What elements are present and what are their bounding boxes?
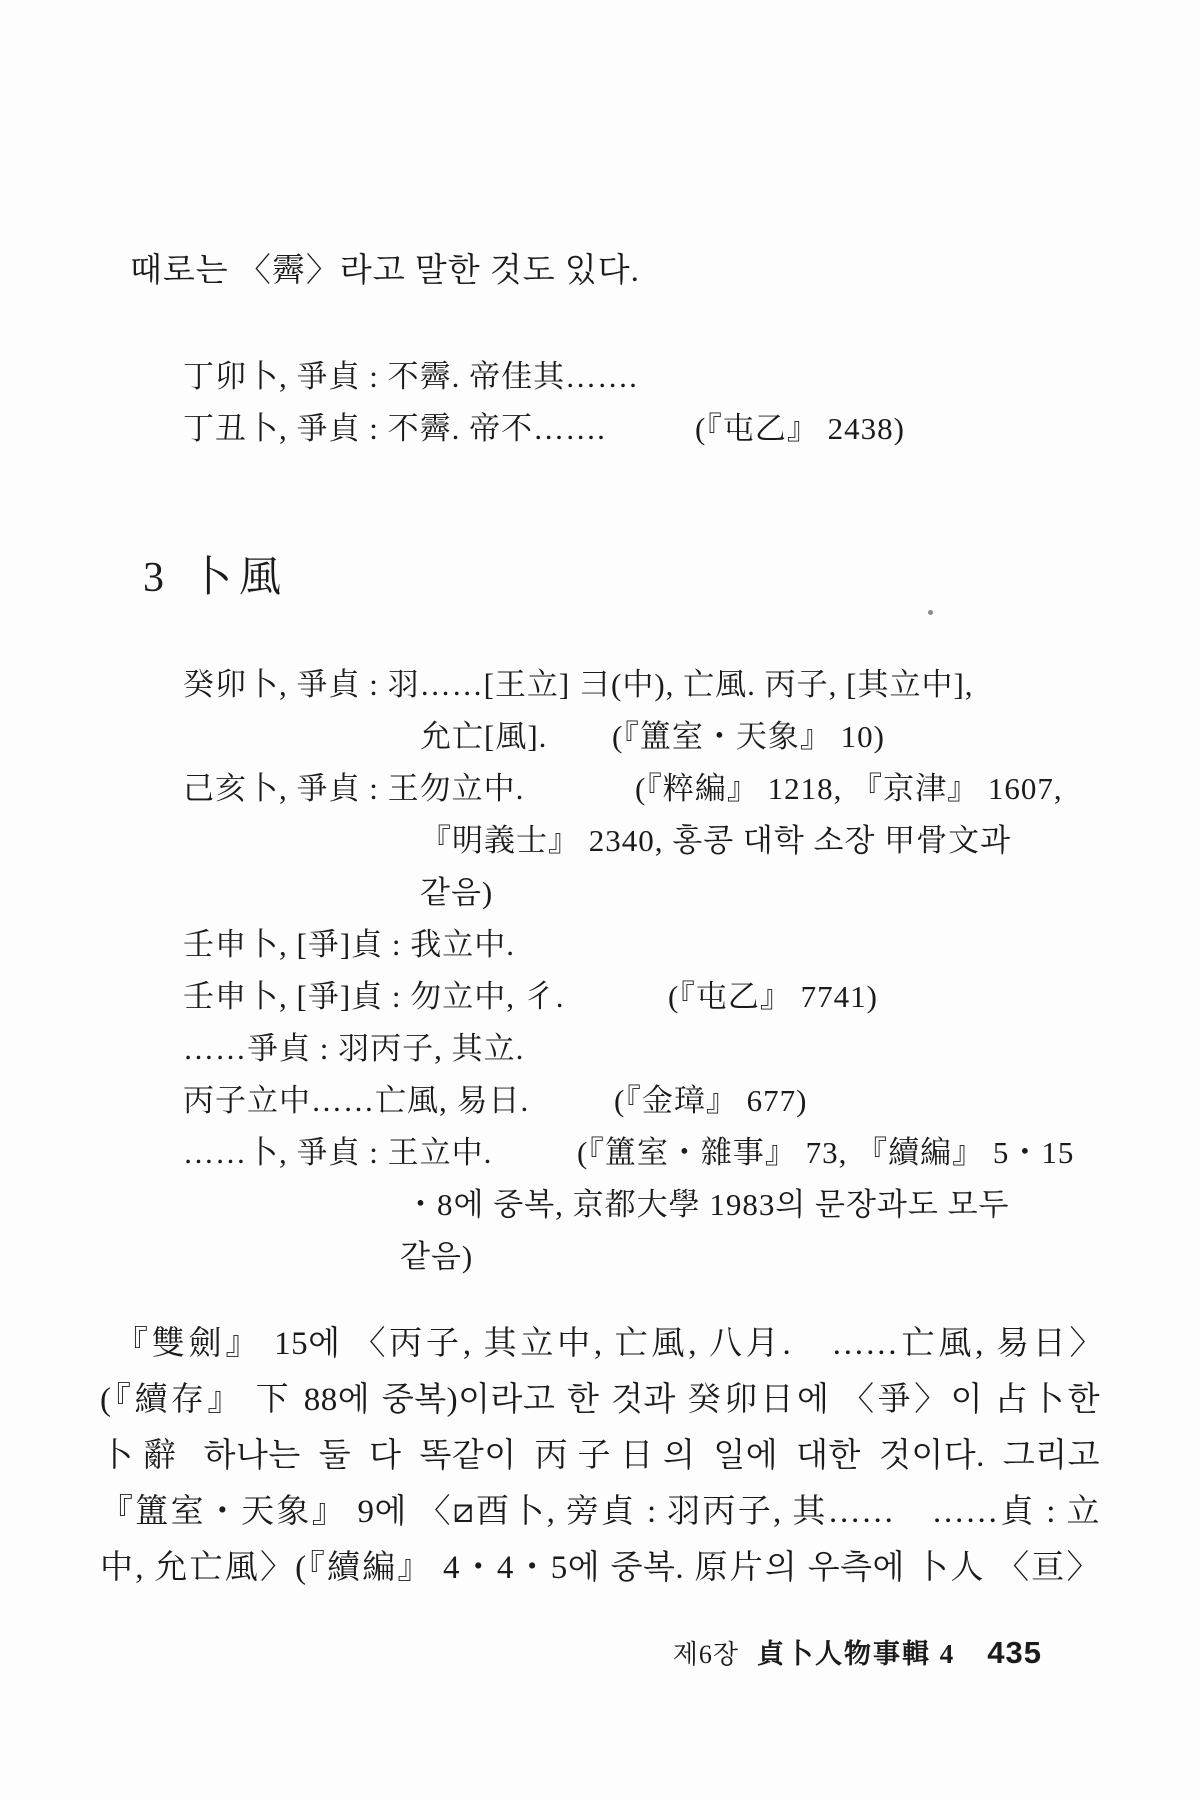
quote2-line6: 壬申卜, [爭]貞 : 我立中. (183, 924, 515, 966)
footer-book-title: 貞卜人物事輯 4 (757, 1632, 955, 1671)
quote2-line8: ……爭貞 : 羽丙子, 其立. (183, 1028, 524, 1070)
paragraph-line4: 『簠室・天象』 9에 〈⧄酉卜, 旁貞 : 羽丙子, 其…… ……貞 : 立 (100, 1490, 1100, 1534)
quote1-line1: 丁卯卜, 爭貞 : 不霽. 帝佳其……. (183, 356, 638, 398)
paragraph-line3: 卜辭 하나는 둘 다 똑같이 丙子日의 일에 대한 것이다. 그리고 (100, 1434, 1100, 1478)
section-number: 3 (143, 555, 164, 601)
quote2-line4: 『明義士』 2340, 홍콩 대학 소장 甲骨文과 (420, 820, 1011, 862)
quote2-line10: ……卜, 爭貞 : 王立中. (『簠室・雜事』 73, 『續編』 5・15 (183, 1132, 492, 1174)
quote1-line2-citation: (『屯乙』 2438) (695, 408, 905, 450)
quote1-line2-text: 丁丑卜, 爭貞 : 不霽. 帝不……. (183, 411, 606, 446)
quote2-line12: 같음) (400, 1236, 473, 1278)
quote1-line2: 丁丑卜, 爭貞 : 不霽. 帝不……. (『屯乙』 2438) (183, 408, 606, 450)
quote2-line11: ・8에 중복, 京都大學 1983의 문장과도 모두 (405, 1184, 1009, 1226)
quote2-line2-citation: (『簠室・天象』 10) (612, 716, 885, 758)
quote2-line9-text: 丙子立中……亡風, 易日. (183, 1083, 529, 1118)
quote2-line1: 癸卯卜, 爭貞 : 羽……[王立] 彐(中), 亡風. 丙子, [其立中], (183, 664, 974, 706)
footer-page-number: 435 (987, 1635, 1042, 1671)
quote2-line7-citation: (『屯乙』 7741) (668, 976, 878, 1018)
quote2-line7: 壬申卜, [爭]貞 : 勿立中, 彳. (『屯乙』 7741) (183, 976, 565, 1018)
quote2-line3-citation: (『粹編』 1218, 『京津』 1607, (635, 768, 1063, 810)
quote2-line5: 같음) (420, 872, 493, 914)
quote2-line3: 己亥卜, 爭貞 : 王勿立中. (『粹編』 1218, 『京津』 1607, (183, 768, 524, 810)
footer-chapter: 제6장 (673, 1634, 739, 1671)
paragraph-line2: (『續存』 下 88에 중복)이라고 한 것과 癸卯日에 〈爭〉이 占卜한 (100, 1378, 1100, 1422)
page-footer: 제6장 貞卜人物事輯 4 435 (673, 1632, 1042, 1671)
quote2-line9: 丙子立中……亡風, 易日. (『金璋』 677) (183, 1080, 529, 1122)
section-heading: 3卜風 (143, 552, 288, 604)
section-title: 卜風 (190, 555, 288, 601)
quote2-line9-citation: (『金璋』 677) (614, 1080, 807, 1122)
quote2-line3-text: 己亥卜, 爭貞 : 王勿立中. (183, 771, 524, 806)
intro-sentence: 때로는 〈霽〉라고 말한 것도 있다. (130, 250, 640, 292)
quote2-line2-text: 允亡[風]. (420, 719, 547, 754)
quote2-line10-text: ……卜, 爭貞 : 王立中. (183, 1135, 492, 1170)
quote2-line2: 允亡[風]. (『簠室・天象』 10) (420, 716, 547, 758)
quote2-line7-text: 壬申卜, [爭]貞 : 勿立中, 彳. (183, 979, 565, 1014)
book-page: 때로는 〈霽〉라고 말한 것도 있다. 丁卯卜, 爭貞 : 不霽. 帝佳其…….… (0, 0, 1200, 1800)
stray-mark (928, 610, 933, 615)
paragraph-line1: 『雙劍』 15에 〈丙子, 其立中, 亡風, 八月. ……亡風, 易日〉 (115, 1322, 1103, 1366)
paragraph-line5: 中, 允亡風〉(『續編』 4・4・5에 중복. 原片의 우측에 卜人 〈亘〉 (100, 1546, 1100, 1590)
quote2-line10-citation: (『簠室・雜事』 73, 『續編』 5・15 (577, 1132, 1074, 1174)
